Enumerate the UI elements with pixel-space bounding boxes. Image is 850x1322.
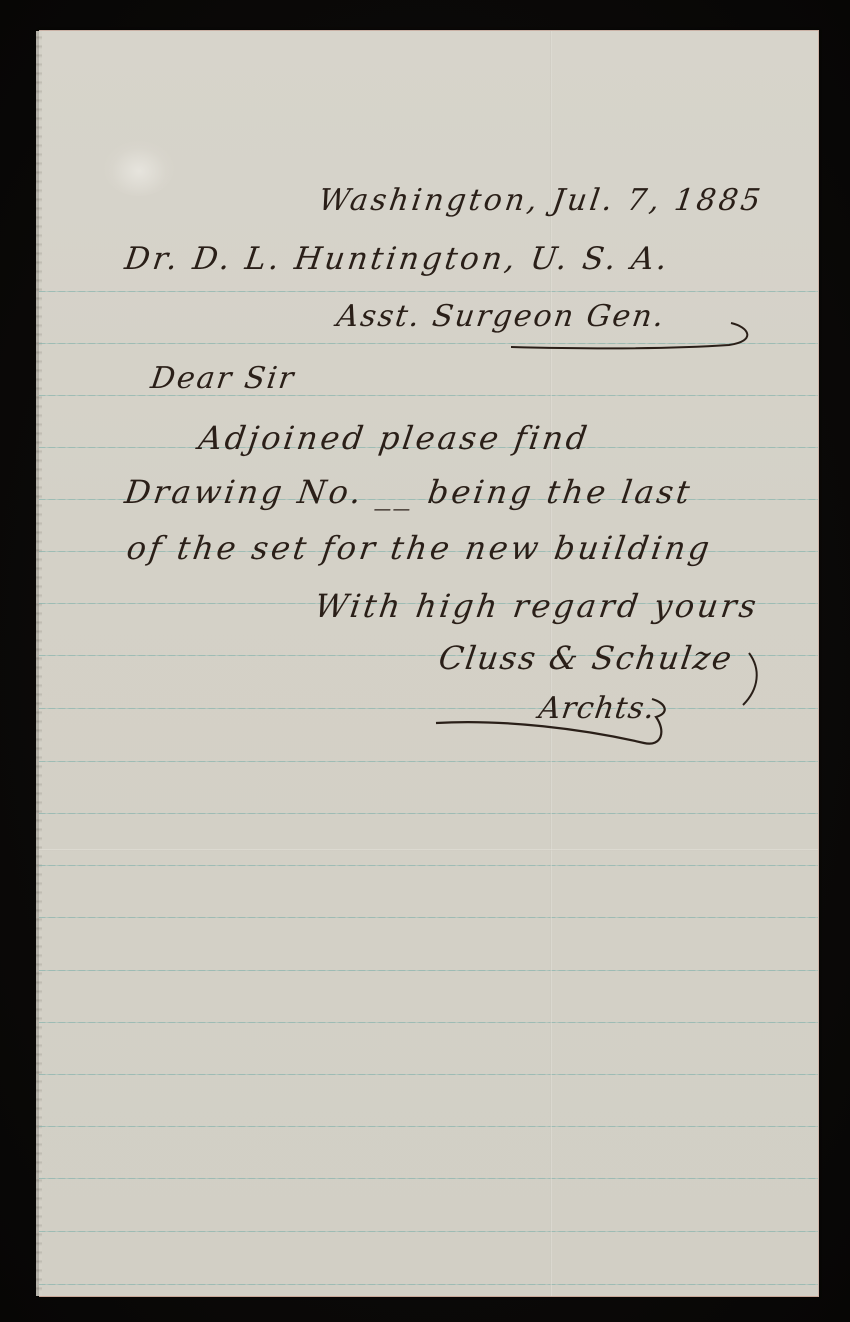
ruled-line [39, 1284, 818, 1285]
ruled-line [39, 1126, 818, 1127]
letter-sheet: Washington, Jul. 7, 1885 Dr. D. L. Hunti… [39, 30, 819, 1297]
scan-background: Washington, Jul. 7, 1885 Dr. D. L. Hunti… [0, 0, 850, 1322]
recipient-title: Asst. Surgeon Gen. [335, 299, 668, 334]
signature: Cluss & Schulze [436, 639, 735, 677]
body-line-1: Adjoined please find [196, 419, 592, 457]
ruled-line [39, 1231, 818, 1232]
ruled-line [39, 291, 818, 292]
horizontal-fold-crease [39, 849, 818, 851]
ruled-line [39, 970, 818, 971]
ruled-line [39, 761, 818, 762]
ruled-line [39, 1074, 818, 1075]
signature-title: Archts. [537, 691, 658, 726]
ruled-line [39, 865, 818, 866]
ruled-line [39, 1022, 818, 1023]
place-date-line: Washington, Jul. 7, 1885 [317, 183, 766, 218]
ruled-line [39, 1178, 818, 1179]
ruled-line [39, 813, 818, 814]
ruled-line [39, 708, 818, 709]
ruled-line [39, 343, 818, 344]
ruled-line [39, 917, 818, 918]
body-line-2: Drawing No. __ being the last [122, 473, 695, 511]
signature-tail-flourish [729, 649, 779, 709]
embossed-stationery-mark [104, 141, 174, 196]
recipient-line: Dr. D. L. Huntington, U. S. A. [122, 241, 672, 277]
closing-line: With high regard yours [312, 587, 761, 625]
body-line-3: of the set for the new building [124, 529, 714, 567]
salutation: Dear Sir [149, 361, 298, 396]
